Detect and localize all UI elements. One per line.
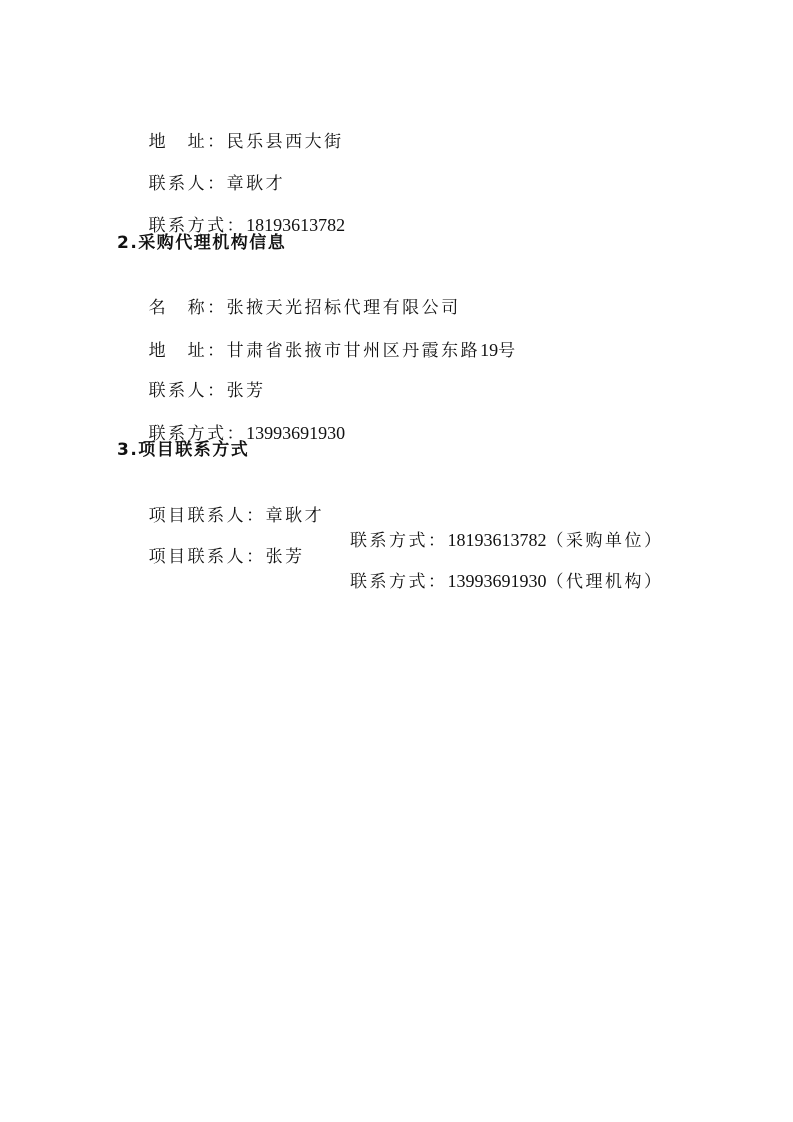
agency-address-suffix: 号 (498, 341, 518, 361)
project-contact-label: 项目联系人： (149, 547, 266, 567)
project-phone-note: （代理机构） (547, 572, 664, 592)
agency-phone-value: 13993691930 (246, 423, 345, 443)
project-contact-value: 张芳 (266, 547, 305, 567)
project-phone-value: 13993691930 (448, 571, 547, 591)
agency-address-number: 19 (480, 340, 498, 360)
agency-heading: 2.采购代理机构信息 (117, 231, 286, 255)
project-contact-row: 项目联系人：张芳 联系方式：13993691930（代理机构） (117, 521, 717, 617)
project-phone-label: 联系方式： (350, 572, 448, 592)
project-contacts-heading: 3.项目联系方式 (117, 438, 249, 462)
project-phone-group: 联系方式：13993691930（代理机构） (350, 569, 664, 594)
